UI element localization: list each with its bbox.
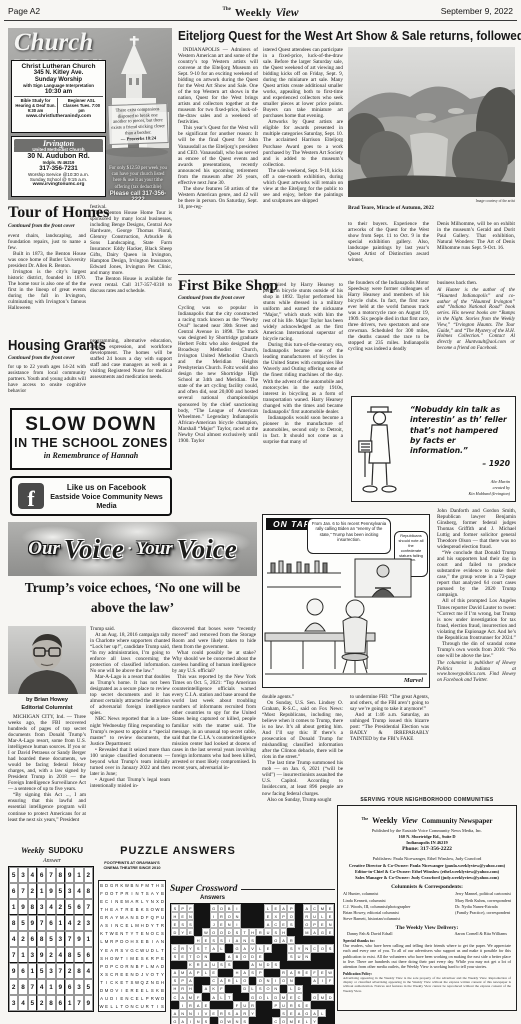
our-voice-bullet: • xyxy=(128,543,132,555)
masthead-view: View xyxy=(402,816,418,825)
trump-col-1: MICHIGAN CITY, Ind. — Three weeks ago, t… xyxy=(8,714,86,836)
housing-col-2: programming, alternative education, arti… xyxy=(90,338,172,406)
promo-phone: Please call 317-356-2222 xyxy=(108,191,168,200)
listing-address: 345 N. Kitley Ave. xyxy=(14,70,103,76)
facebook-box: f Like us on Facebook Eastside Voice Com… xyxy=(10,476,172,516)
sudoku-title-weekly: Weekly xyxy=(21,846,44,855)
sudoku-answer-block: Weekly SUDOKU Answer 5346789126721953481… xyxy=(8,840,96,1012)
delivery-right: Aaron Cornell & Rita Williams xyxy=(454,931,507,936)
columnists-header: Columnists & Correspondents: xyxy=(343,884,511,890)
abe-martin-quote-box: “Nobuddy kin talk as interestin’ as th’ … xyxy=(351,396,516,502)
housing-col-1: for up to 22 youth ages 14-24 with assis… xyxy=(8,364,86,406)
trump-col-6-text: John Danforth and Gordon Smith, Republic… xyxy=(437,508,516,659)
section-rule xyxy=(178,274,515,275)
sudoku-grid: 5346789126721953481983425678597614234268… xyxy=(8,866,94,1012)
listing-website: www.irvingtonumc.org xyxy=(14,182,103,187)
listing-asl-classes: Beginner ASL Classes Tues. 7:00 pm xyxy=(60,98,103,113)
masthead-paper-name: The Weekly View Community Newspaper xyxy=(343,810,511,828)
wordsearch-grid: BDGRKWBNFMTHSFOOTPRINTSAYBECINEMARLYNXDT… xyxy=(98,880,166,1012)
policy-text: Advertising appearing in the Weekly View… xyxy=(343,976,511,994)
housing-continued-line: Continued from the front cover xyxy=(8,355,75,361)
byline-name: by Brian Howey xyxy=(8,697,86,705)
quote-year: – 1920 xyxy=(410,459,510,469)
listing-subname: United Methodist Church xyxy=(14,147,103,152)
columnists-right: Jerry Mannel, political cartoonistMary B… xyxy=(455,891,511,921)
attr-creator: Kin Hubbard (Irvington) xyxy=(410,491,510,497)
tour-col-2: festival.The Benton House Home Tour is s… xyxy=(90,204,172,337)
tour-continued-line: Continued from the front cover xyxy=(8,223,75,229)
trump-col-6: John Danforth and Gordon Smith, Republic… xyxy=(437,508,516,796)
crossword-title-rule xyxy=(241,889,335,890)
bike-col-4: business back then. Al Hunter is the aut… xyxy=(437,280,515,392)
sudoku-answer-label: Answer xyxy=(8,858,96,864)
slow-down-line2: IN THE SCHOOL ZONES xyxy=(12,436,170,450)
trump-col-5: to undermine FBI: “The great Agents, and… xyxy=(350,694,429,798)
flag-weekly: Weekly xyxy=(235,7,272,19)
cartoon-bar-scene xyxy=(263,557,429,675)
delivery-names: Danny Fah & David Edsall Aaron Cornell &… xyxy=(343,931,511,936)
listing-bible-study: Bible Study for Hearing & Deaf Sun. 9:30… xyxy=(14,98,58,113)
slow-down-line1: SLOW DOWN xyxy=(12,414,170,436)
header-rule xyxy=(4,20,517,21)
church-listing-irvington: Irvington United Methodist Church 30 N. … xyxy=(11,136,106,197)
facebook-icon: f xyxy=(18,483,44,509)
our-voice-your: Your xyxy=(136,538,173,560)
bible-verse: There exist companions disposed to break… xyxy=(111,106,165,135)
facebook-line2: Eastside Voice Community News Media xyxy=(49,492,164,510)
newspaper-page: { "colors":{"paper":"#f7f6f3","ink":"#16… xyxy=(0,0,521,1024)
church-ad-title-script: Church xyxy=(14,29,93,56)
eiteljorg-col-3: to their buyers. Experience the artworks… xyxy=(348,221,429,271)
delivery-left: Danny Fah & David Edsall xyxy=(347,931,393,936)
bike-continued-line: Continued from the front cover xyxy=(178,295,245,301)
church-ad-promo: For only $12.50 per week you can have yo… xyxy=(108,166,168,200)
our-voice-voice2: Voice xyxy=(177,534,237,565)
thanks-text: Our readers, who have been calling and t… xyxy=(343,943,511,970)
al-hunter-bio: Al Hunter is the author of the “Haunted … xyxy=(437,286,515,352)
photo-caption: Brad Teare, Miracle of Autumn, 2022 xyxy=(348,205,515,211)
crossword-grid: SPFGOBILEAPACMEHENIRONEXPORULEESSJENIACE… xyxy=(170,903,335,1024)
crossword-header: Super Crossword xyxy=(170,884,335,894)
masthead-phone: Phone: 317-356-2222 xyxy=(343,846,511,854)
brian-howey-photo xyxy=(8,626,86,694)
listing-time: 10:30 am xyxy=(14,88,103,95)
puzzle-answers-header: PUZZLE ANSWERS xyxy=(98,845,258,857)
eiteljorg-col-1: INDIANAPOLIS — Admirers of Western Ameri… xyxy=(178,47,258,270)
masthead-publishers: Publishers: Paula Nicewanger, Ethel Wins… xyxy=(343,856,511,862)
serving-communities-line: SERVING YOUR NEIGHBORHOOD COMMUNITIES xyxy=(337,797,517,803)
on-tap-cartoon: ON TAP From Jan. 6 to his recent Pennsyl… xyxy=(262,514,430,688)
flag-the: The xyxy=(223,7,231,12)
listing-phone: 317-356-7231 xyxy=(14,165,103,172)
byline-title: Editorial Columnist xyxy=(8,705,86,713)
church-listing-christ-lutheran: Christ Lutheran Church 345 N. Kitley Ave… xyxy=(11,60,106,133)
trump-col-3: discovered that boxes were “recently mov… xyxy=(172,626,256,836)
abe-martin-quote: “Nobuddy kin talk as interestin’ as th’ … xyxy=(410,405,510,456)
flag-view: View xyxy=(275,7,298,19)
bible-verse-plaque: There exist companions disposed to break… xyxy=(107,103,168,145)
our-voice-banner: Our Voice • Your Voice xyxy=(8,522,257,576)
howey-bio: The columnist is publisher of Howey Poli… xyxy=(437,659,516,684)
cartoon-bubble-1: From Jan. 6 to his recent Pennsylvania r… xyxy=(307,518,391,554)
trump-headline-line2: above the law’ xyxy=(8,600,257,616)
slow-down-banner: SLOW DOWN IN THE SCHOOL ZONES in Remembr… xyxy=(10,408,172,470)
masthead-box: The Weekly View Community Newspaper Publ… xyxy=(337,805,517,1011)
church-directory-ad: Church DIRECTORY Christ Lutheran Church … xyxy=(8,28,172,200)
our-voice-voice1: Voice xyxy=(64,534,124,565)
trump-headline-line1: Trump’s voice echoes, ‘No one will be xyxy=(8,580,257,596)
abe-martin-figure xyxy=(358,405,404,497)
crossword-title: Super Crossword xyxy=(170,884,237,894)
crossword-answers-label: Answers xyxy=(200,895,225,901)
masthead-staff-list: Creative Director & Co-Owner: Paula Nice… xyxy=(343,863,511,881)
issue-date: September 9, 2022 xyxy=(441,6,513,16)
eiteljorg-col-4: Denis Milhomme, will be on exhibit in th… xyxy=(437,221,515,271)
columnists-lists: Al Hunter, columnistLinda Kennett, colum… xyxy=(343,891,511,921)
eiteljorg-col-2: istered Quest attendees can participate … xyxy=(263,47,343,270)
promo-text: For only $12.50 per week you can have yo… xyxy=(109,166,167,190)
eiteljorg-painting-photo xyxy=(348,47,515,197)
listing-name: Christ Lutheran Church xyxy=(14,63,103,70)
sudoku-title-sudoku: SUDOKU xyxy=(48,846,83,855)
bike-col-3: the founders of the Indianapolis Motor S… xyxy=(348,280,429,392)
wordsearch-caption: FOOTPRINTS AT GRAYMAN’S CINEMA THEATRE S… xyxy=(98,860,166,870)
listing-website: www.christlutheranindy.com xyxy=(14,114,103,119)
bike-col-1: Cycling was so popular in Indianapolis t… xyxy=(178,305,258,505)
trump-byline: by Brian Howey Editorial Columnist xyxy=(8,697,86,712)
masthead-weekly: Weekly xyxy=(372,816,397,825)
photo-credit: Image courtesy of the artist xyxy=(348,199,515,203)
masthead-rest: Community Newspaper xyxy=(422,817,493,825)
cartoonist-signature: Marvel xyxy=(404,677,423,684)
trump-col-4: double agents.”On Sunday, U.S. Sen. Lind… xyxy=(262,694,343,884)
trump-col-2: Trump said.At an Aug. 18, 2016 campaign … xyxy=(90,626,170,836)
bike-col-2: was hired by Harry Hearsey to perform bi… xyxy=(263,282,343,508)
tour-col-1: event chairs, landscaping, and foundatio… xyxy=(8,233,86,337)
slow-down-line3: in Remembrance of Hannah xyxy=(12,451,170,460)
quote-attribution: Abe Martin created by Kin Hubbard (Irvin… xyxy=(410,479,510,497)
columnists-left: Al Hunter, columnistLinda Kennett, colum… xyxy=(343,891,410,921)
facebook-line1: Like us on Facebook xyxy=(49,483,164,492)
our-voice-our: Our xyxy=(28,538,60,560)
eiteljorg-headline: Eiteljorg Quest for the West Art Show & … xyxy=(178,29,521,43)
listing-address: 30 N. Audubon Rd. xyxy=(14,153,103,160)
bible-verse-ref: — Proverbs 18:24 xyxy=(111,135,165,143)
masthead-the: The xyxy=(361,816,368,821)
